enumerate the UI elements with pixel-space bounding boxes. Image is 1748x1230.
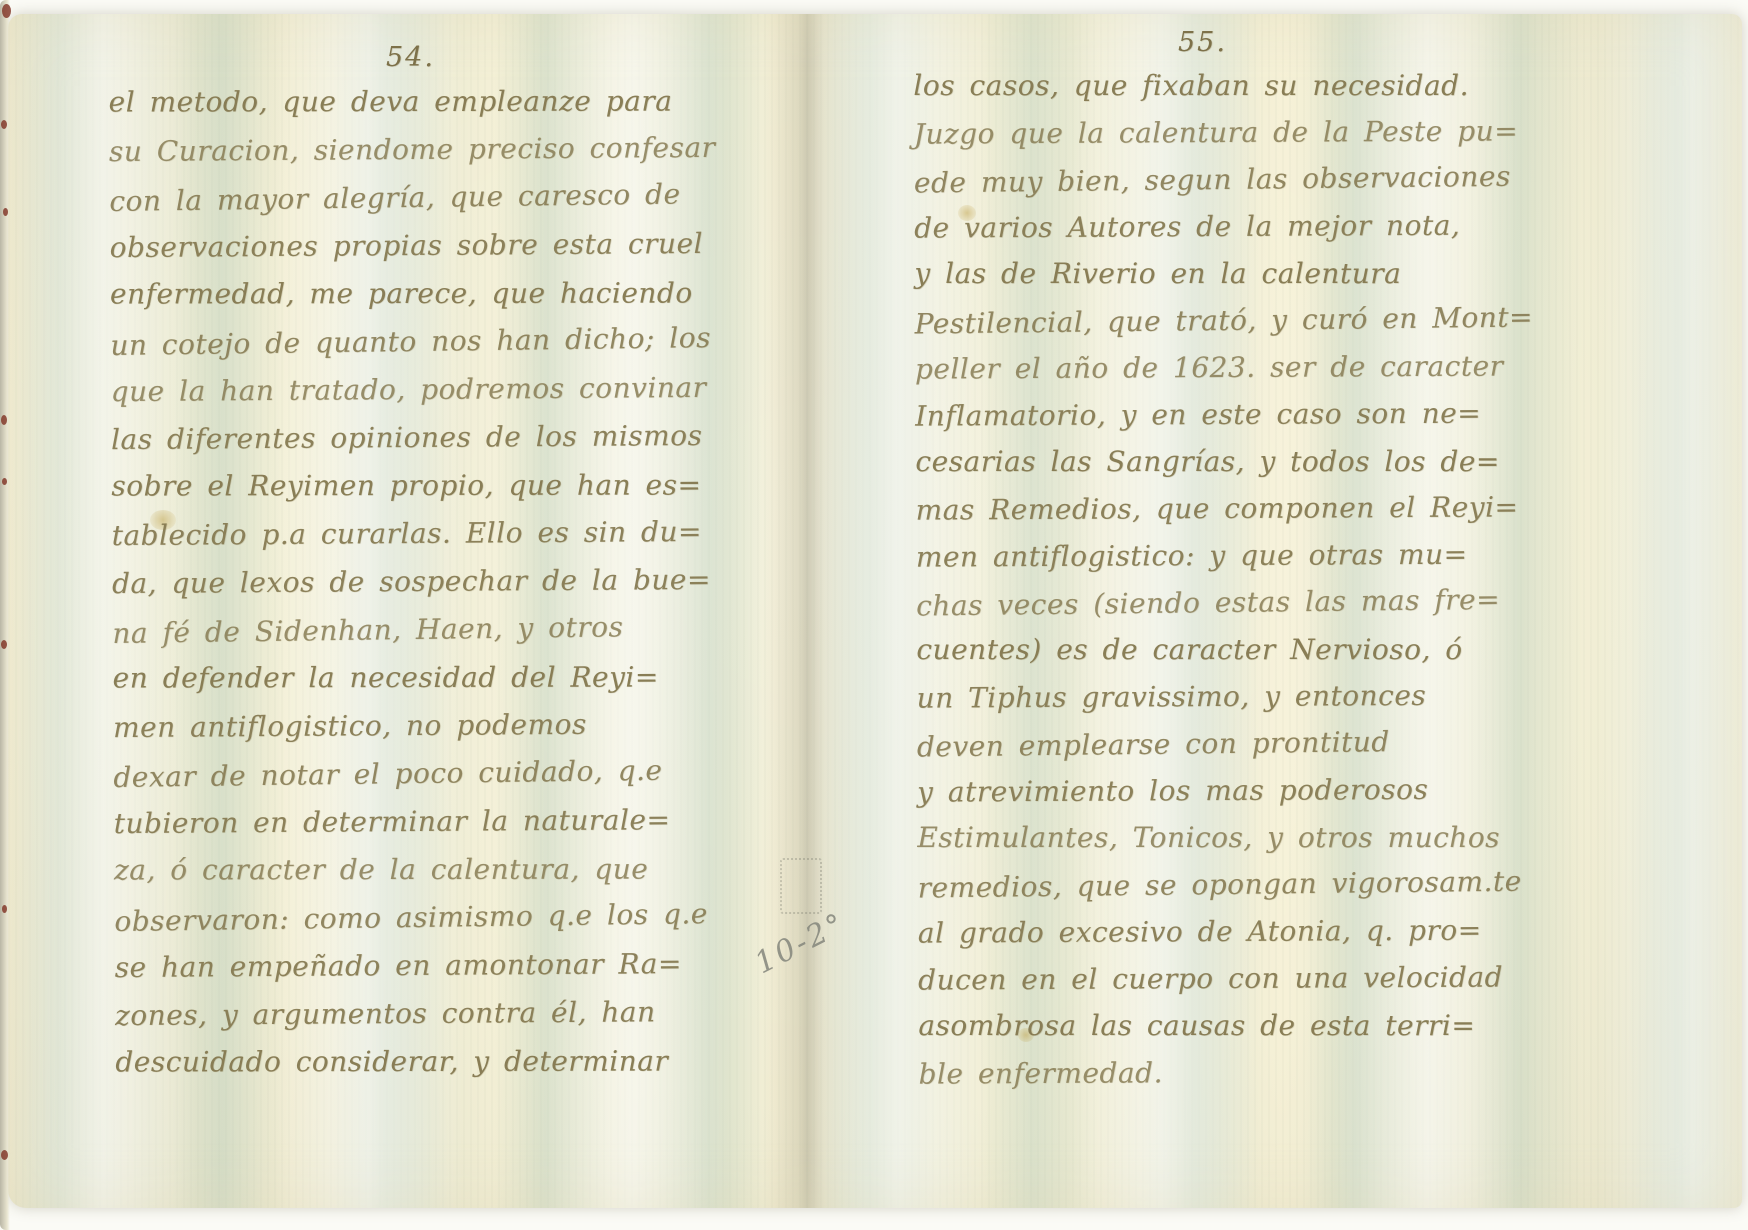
stamp-mark: [780, 858, 822, 914]
manuscript-line: de varios Autores de la mejor nota,: [914, 201, 1533, 251]
manuscript-line: remedios, que se opongan vigorosam.te: [917, 857, 1536, 911]
manuscript-line: y atrevimiento los mas poderosos: [917, 765, 1536, 815]
manuscript-line: los casos, que fixaban su necesidad.: [913, 62, 1531, 109]
manuscript-line: peller el año de 1623. ser de caracter: [915, 342, 1534, 392]
manuscript-line: za, ó caracter de la calentura, que: [114, 845, 721, 894]
manuscript-line: na fé de Sidenhan, Haen, y otros: [112, 602, 719, 658]
manuscript-line: un cotejo de quanto nos han dicho; los: [110, 314, 717, 370]
manuscript-line: zones, y argumentos contra él, han: [115, 988, 722, 1040]
manuscript-line: en defender la necesidad del Reyi=: [113, 653, 720, 702]
manuscript-scan: 54. el metodo, que deva empleanze para s…: [0, 0, 1748, 1230]
edge-speck: [1, 640, 7, 649]
manuscript-line: enfermedad, me parece, que haciendo: [110, 269, 717, 318]
edge-speck: [2, 905, 7, 913]
manuscript-line: se han empeñado en amontonar Ra=: [115, 940, 722, 992]
page-number-right: 55.: [1178, 27, 1227, 58]
manuscript-line: con la mayor alegría, que caresco de: [109, 170, 716, 226]
manuscript-line: men antiflogistico, no podemos: [113, 700, 720, 752]
edge-speck: [3, 208, 8, 216]
manuscript-line: dexar de notar el poco cuidado, q.e: [113, 746, 720, 802]
manuscript-line: chas veces (siendo estas las mas fre=: [916, 575, 1535, 629]
right-page-text: los casos, que fixaban su necesidad. Juz…: [913, 60, 1537, 1097]
manuscript-line: mas Remedios, que componen el Reyi=: [916, 483, 1535, 533]
manuscript-line: ede muy bien, segun las observaciones: [914, 152, 1533, 206]
manuscript-line: tablecido p.a curarlas. Ello es sin du=: [112, 508, 719, 560]
manuscript-line: las diferentes opiniones de los mismos: [111, 412, 718, 464]
manuscript-line: sobre el Reyimen propio, que han es=: [111, 461, 718, 510]
book-edge-strip: [0, 0, 10, 1230]
manuscript-line: y las de Riverio en la calentura: [914, 250, 1532, 297]
manuscript-line: al grado excesivo de Atonia, q. pro=: [918, 906, 1537, 956]
manuscript-line: tubieron en determinar la naturale=: [114, 796, 721, 848]
manuscript-line: su Curacion, siendome preciso confesar: [109, 124, 716, 176]
manuscript-line: descuidado considerar, y determinar: [115, 1037, 722, 1086]
manuscript-line: da, que lexos de sospechar de la bue=: [112, 556, 719, 608]
edge-speck: [1, 415, 7, 425]
manuscript-line: que la han tratado, podremos convinar: [110, 364, 717, 416]
edge-speck: [2, 4, 11, 18]
edge-speck: [1, 1150, 8, 1160]
manuscript-line: men antiflogistico: y que otras mu=: [916, 530, 1535, 580]
manuscript-line: deven emplearse con prontitud: [917, 716, 1536, 770]
manuscript-line: asombrosa las causas de esta terri=: [918, 1002, 1536, 1049]
page-number-left: 54.: [386, 42, 435, 73]
left-page-text: el metodo, que deva empleanze para su Cu…: [108, 76, 722, 1088]
manuscript-line: Estimulantes, Tonicos, y otros muchos: [917, 814, 1535, 861]
manuscript-line: cesarias las Sangrías, y todos los de=: [915, 438, 1533, 485]
manuscript-line: el metodo, que deva empleanze para: [109, 77, 716, 126]
manuscript-line: Inflamatorio, y en este caso son ne=: [915, 389, 1534, 439]
edge-speck: [2, 478, 7, 485]
manuscript-line: observaron: como asimismo q.e los q.e: [114, 890, 721, 946]
manuscript-line: Juzgo que la calentura de la Peste pu=: [914, 107, 1533, 157]
manuscript-line: observaciones propias sobre esta cruel: [109, 220, 716, 272]
manuscript-line: ble enfermedad.: [918, 1047, 1537, 1097]
manuscript-line: ducen en el cuerpo con una velocidad: [918, 953, 1537, 1003]
manuscript-line: un Tiphus gravissimo, y entonces: [916, 671, 1535, 721]
edge-speck: [1, 120, 7, 129]
manuscript-line: Pestilencial, que trató, y curó en Mont=: [914, 293, 1533, 347]
manuscript-line: cuentes) es de caracter Nervioso, ó: [916, 626, 1534, 673]
